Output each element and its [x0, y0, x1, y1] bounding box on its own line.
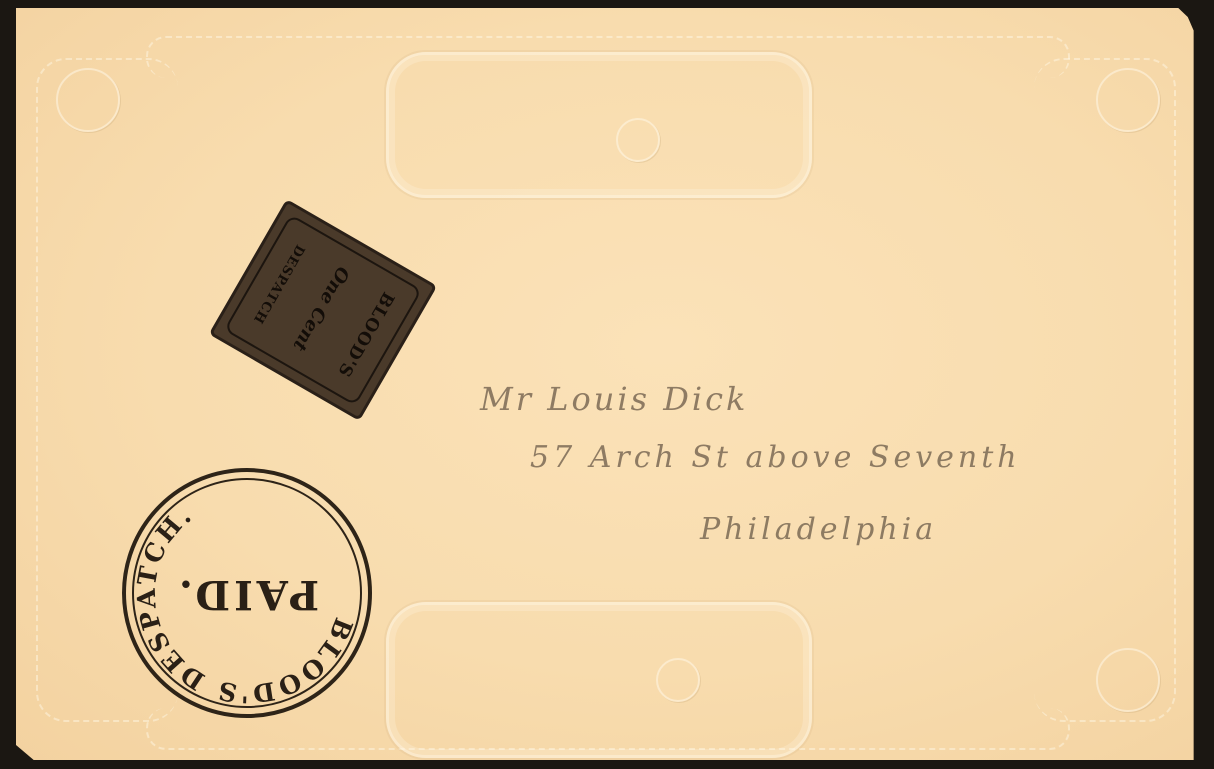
circular-postmark: BLOOD'S DESPATCH. PAID. — [122, 468, 372, 718]
emboss-scroll-ornament — [56, 68, 120, 132]
embossed-panel-top — [386, 52, 812, 198]
address-line-3: Philadelphia — [700, 512, 937, 547]
embossed-panel-bottom — [386, 602, 812, 758]
emboss-flower-ornament — [616, 118, 660, 162]
embossed-border-right — [1034, 58, 1176, 722]
address-line-1: Mr Louis Dick — [480, 380, 748, 418]
emboss-flower-ornament — [656, 658, 700, 702]
stamp-bottom-text: DESPATCH — [250, 242, 308, 327]
postmark-center-text: PAID. — [126, 571, 368, 618]
emboss-scroll-ornament — [1096, 68, 1160, 132]
emboss-scroll-ornament — [1096, 648, 1160, 712]
stamp-value-text: One Cent — [288, 263, 353, 355]
address-line-2: 57 Arch St above Seventh — [530, 440, 1021, 475]
